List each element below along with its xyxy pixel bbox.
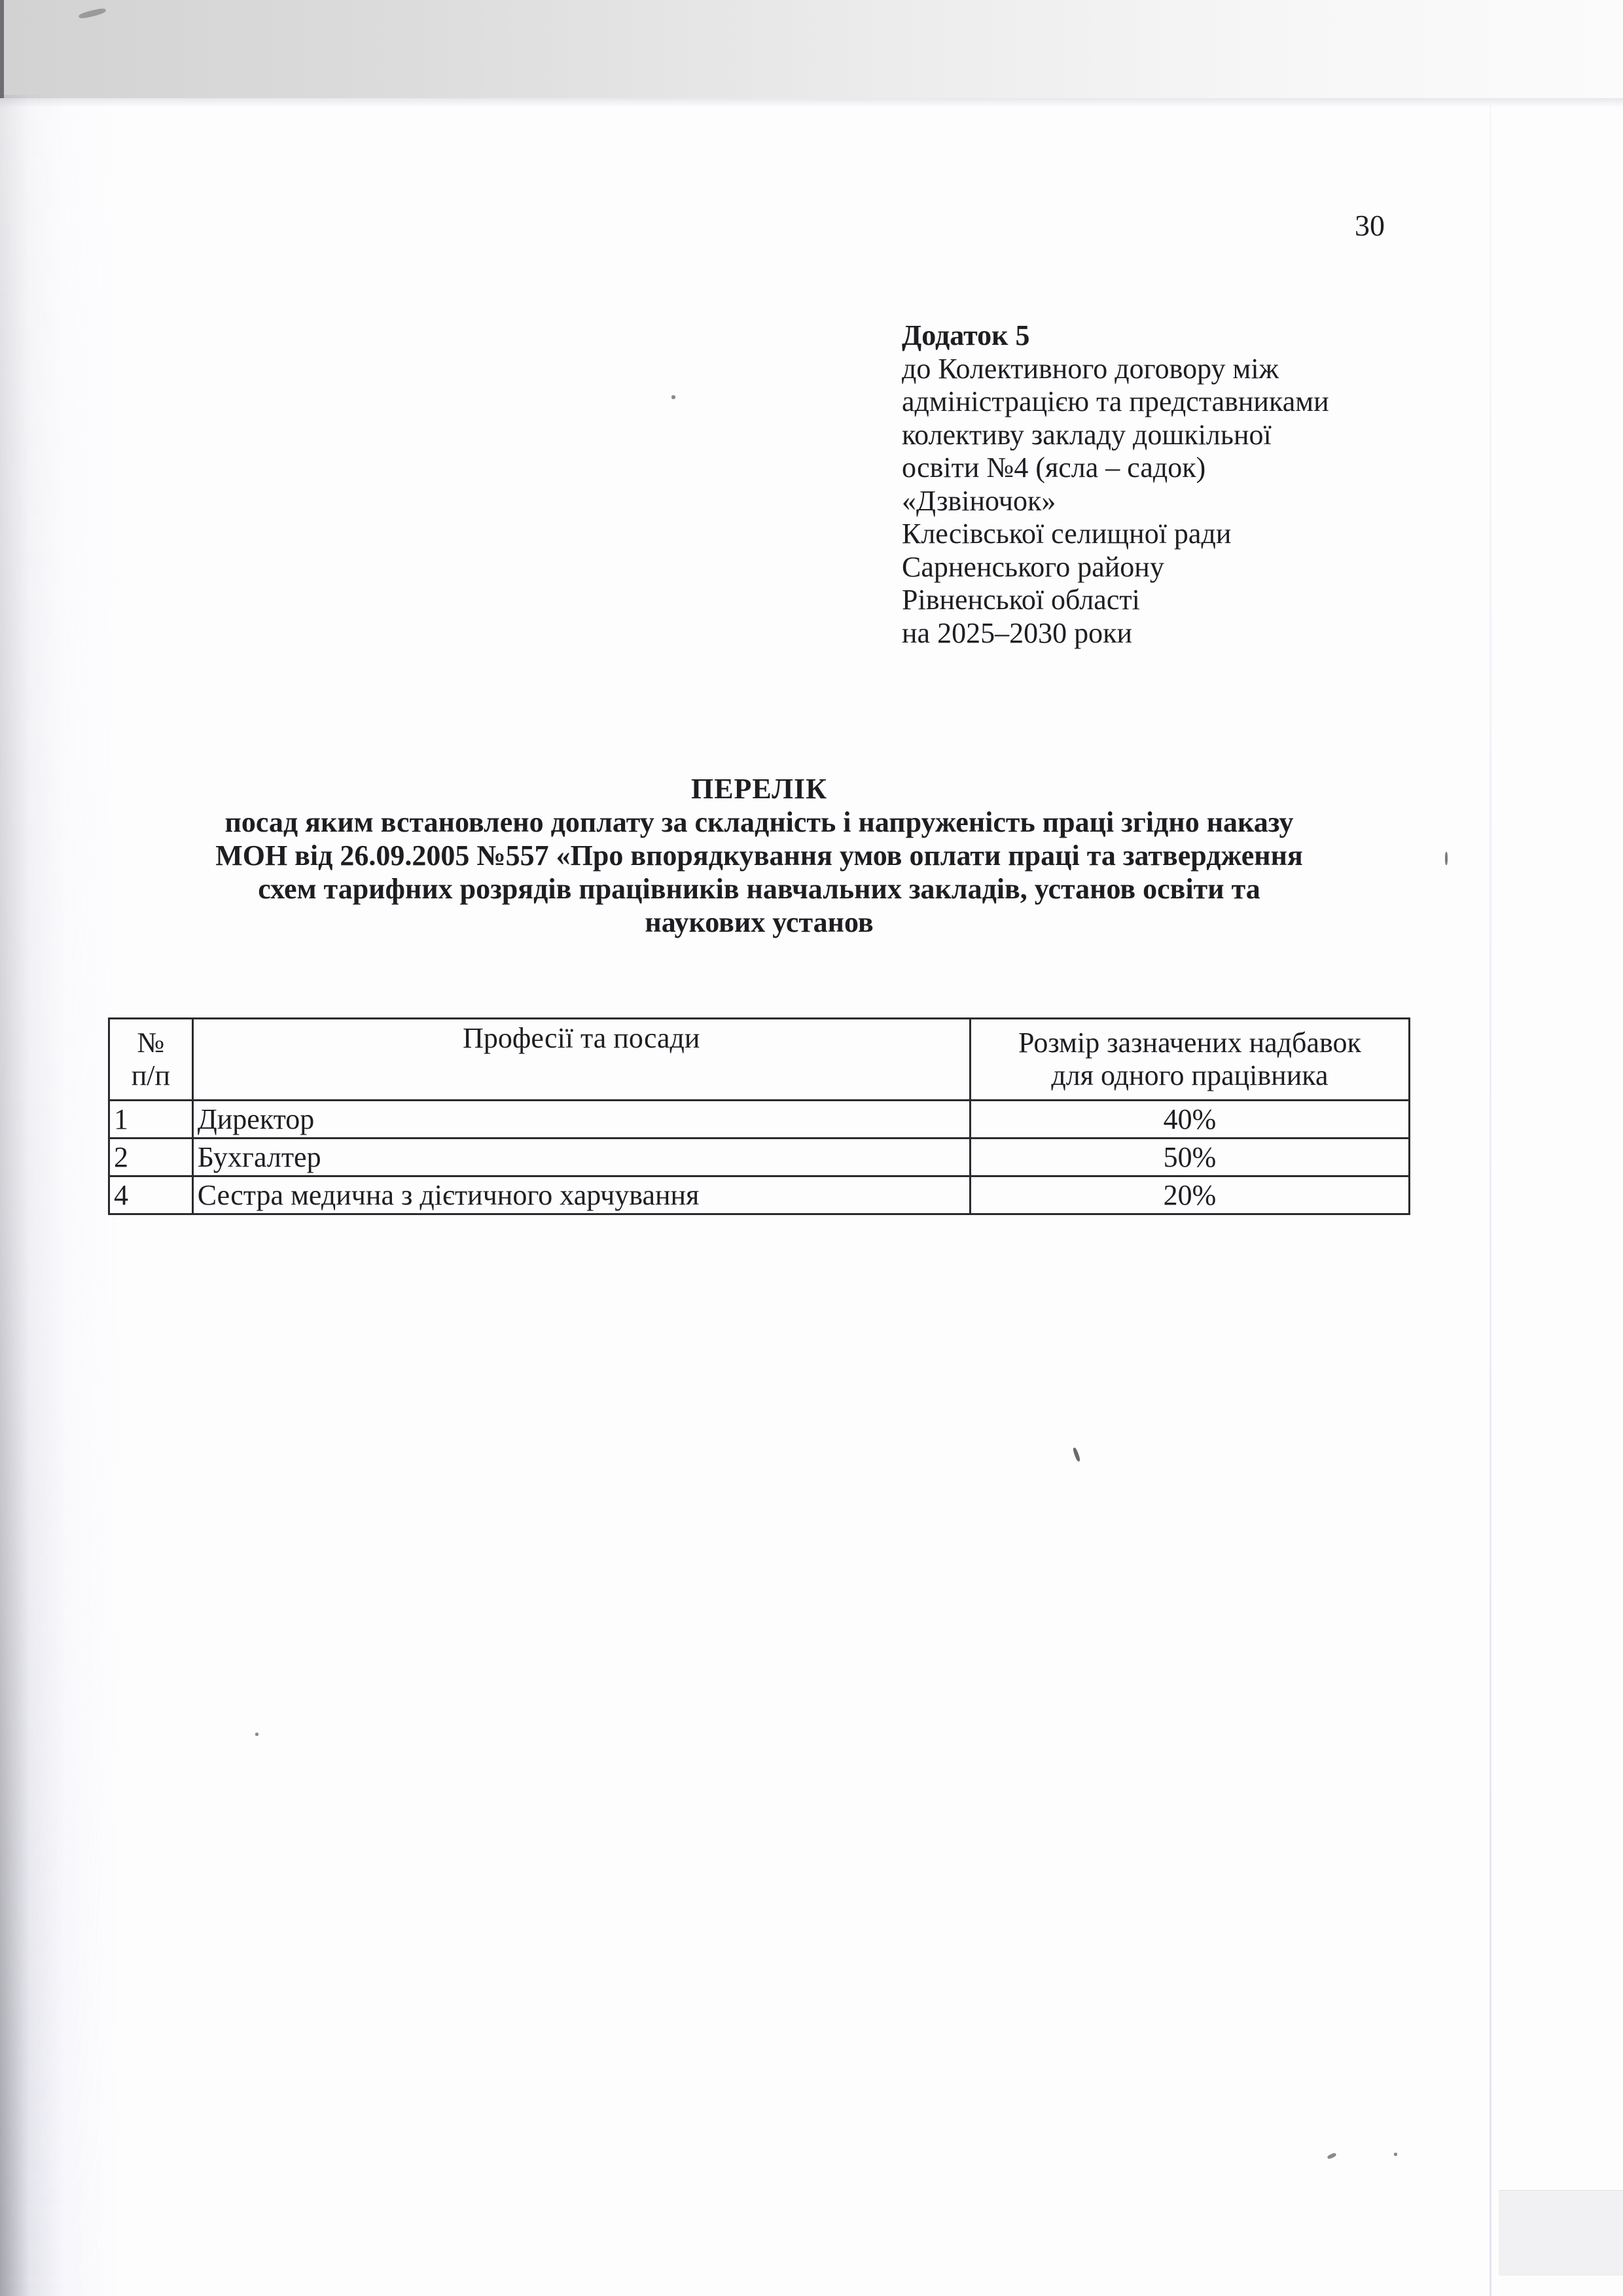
scan-left-edge [0, 0, 4, 98]
row-size: 20% [970, 1176, 1409, 1214]
list-subtitle-line: наукових установ [108, 906, 1410, 939]
scan-speck [1327, 2152, 1336, 2159]
row-number: 1 [109, 1101, 193, 1139]
row-position: Бухгалтер [192, 1139, 970, 1176]
row-size: 40% [970, 1101, 1409, 1139]
list-subtitle-line: МОН від 26.09.2005 №557 «Про впорядкуван… [108, 839, 1410, 872]
scan-speck [1072, 1447, 1080, 1462]
appendix-line: Клесівської селищної ради [902, 518, 1329, 551]
appendix-line: Рівненської області [902, 584, 1329, 617]
row-number: 4 [109, 1176, 193, 1214]
bonus-table: № п/п Професії та посади Розмір зазначен… [108, 1017, 1410, 1215]
scan-top-shadow [0, 0, 1623, 98]
list-title: ПЕРЕЛІК посад яким встановлено доплату з… [108, 772, 1410, 939]
list-subtitle-line: схем тарифних розрядів працівників навча… [108, 872, 1410, 906]
table-row: 4 Сестра медична з дієтичного харчування… [109, 1176, 1410, 1214]
appendix-line: освіти №4 (ясла – садок) [902, 451, 1329, 485]
scan-left-shadow [0, 95, 118, 2296]
scan-speck [671, 395, 675, 399]
appendix-line: колективу закладу дошкільної [902, 419, 1329, 452]
table-header-row: № п/п Професії та посади Розмір зазначен… [109, 1019, 1410, 1101]
scan-right-fold-line [1489, 105, 1491, 2296]
header-number-abbr: п/п [114, 1059, 188, 1092]
row-position: Сестра медична з дієтичного харчування [192, 1176, 970, 1214]
scan-speck [255, 1733, 259, 1736]
header-position-label: Професії та посади [463, 1022, 700, 1054]
appendix-line: Сарненського району [902, 551, 1329, 584]
appendix-line: до Колективного договору між [902, 353, 1329, 386]
row-position: Директор [192, 1101, 970, 1139]
appendix-line: адміністрацією та представниками [902, 385, 1329, 419]
header-number-symbol: № [114, 1027, 188, 1059]
page-number: 30 [1355, 211, 1385, 241]
scan-speck [1445, 852, 1448, 865]
header-position: Професії та посади [192, 1019, 970, 1101]
appendix-line: на 2025–2030 роки [902, 617, 1329, 650]
appendix-header: Додаток 5 до Колективного договору між а… [902, 319, 1329, 650]
scan-speck [1394, 2153, 1397, 2156]
list-heading: ПЕРЕЛІК [108, 772, 1410, 805]
appendix-line: «Дзвіночок» [902, 485, 1329, 518]
scan-corner-shade [1499, 2190, 1623, 2276]
header-size-line2: для одного працівника [975, 1059, 1404, 1092]
table-row: 2 Бухгалтер 50% [109, 1139, 1410, 1176]
header-size-line1: Розмір зазначених надбавок [975, 1027, 1404, 1059]
header-number: № п/п [109, 1019, 193, 1101]
list-subtitle-line: посад яким встановлено доплату за складн… [108, 805, 1410, 839]
appendix-title: Додаток 5 [902, 319, 1329, 353]
row-number: 2 [109, 1139, 193, 1176]
table-row: 1 Директор 40% [109, 1101, 1410, 1139]
row-size: 50% [970, 1139, 1409, 1176]
header-size: Розмір зазначених надбавок для одного пр… [970, 1019, 1409, 1101]
